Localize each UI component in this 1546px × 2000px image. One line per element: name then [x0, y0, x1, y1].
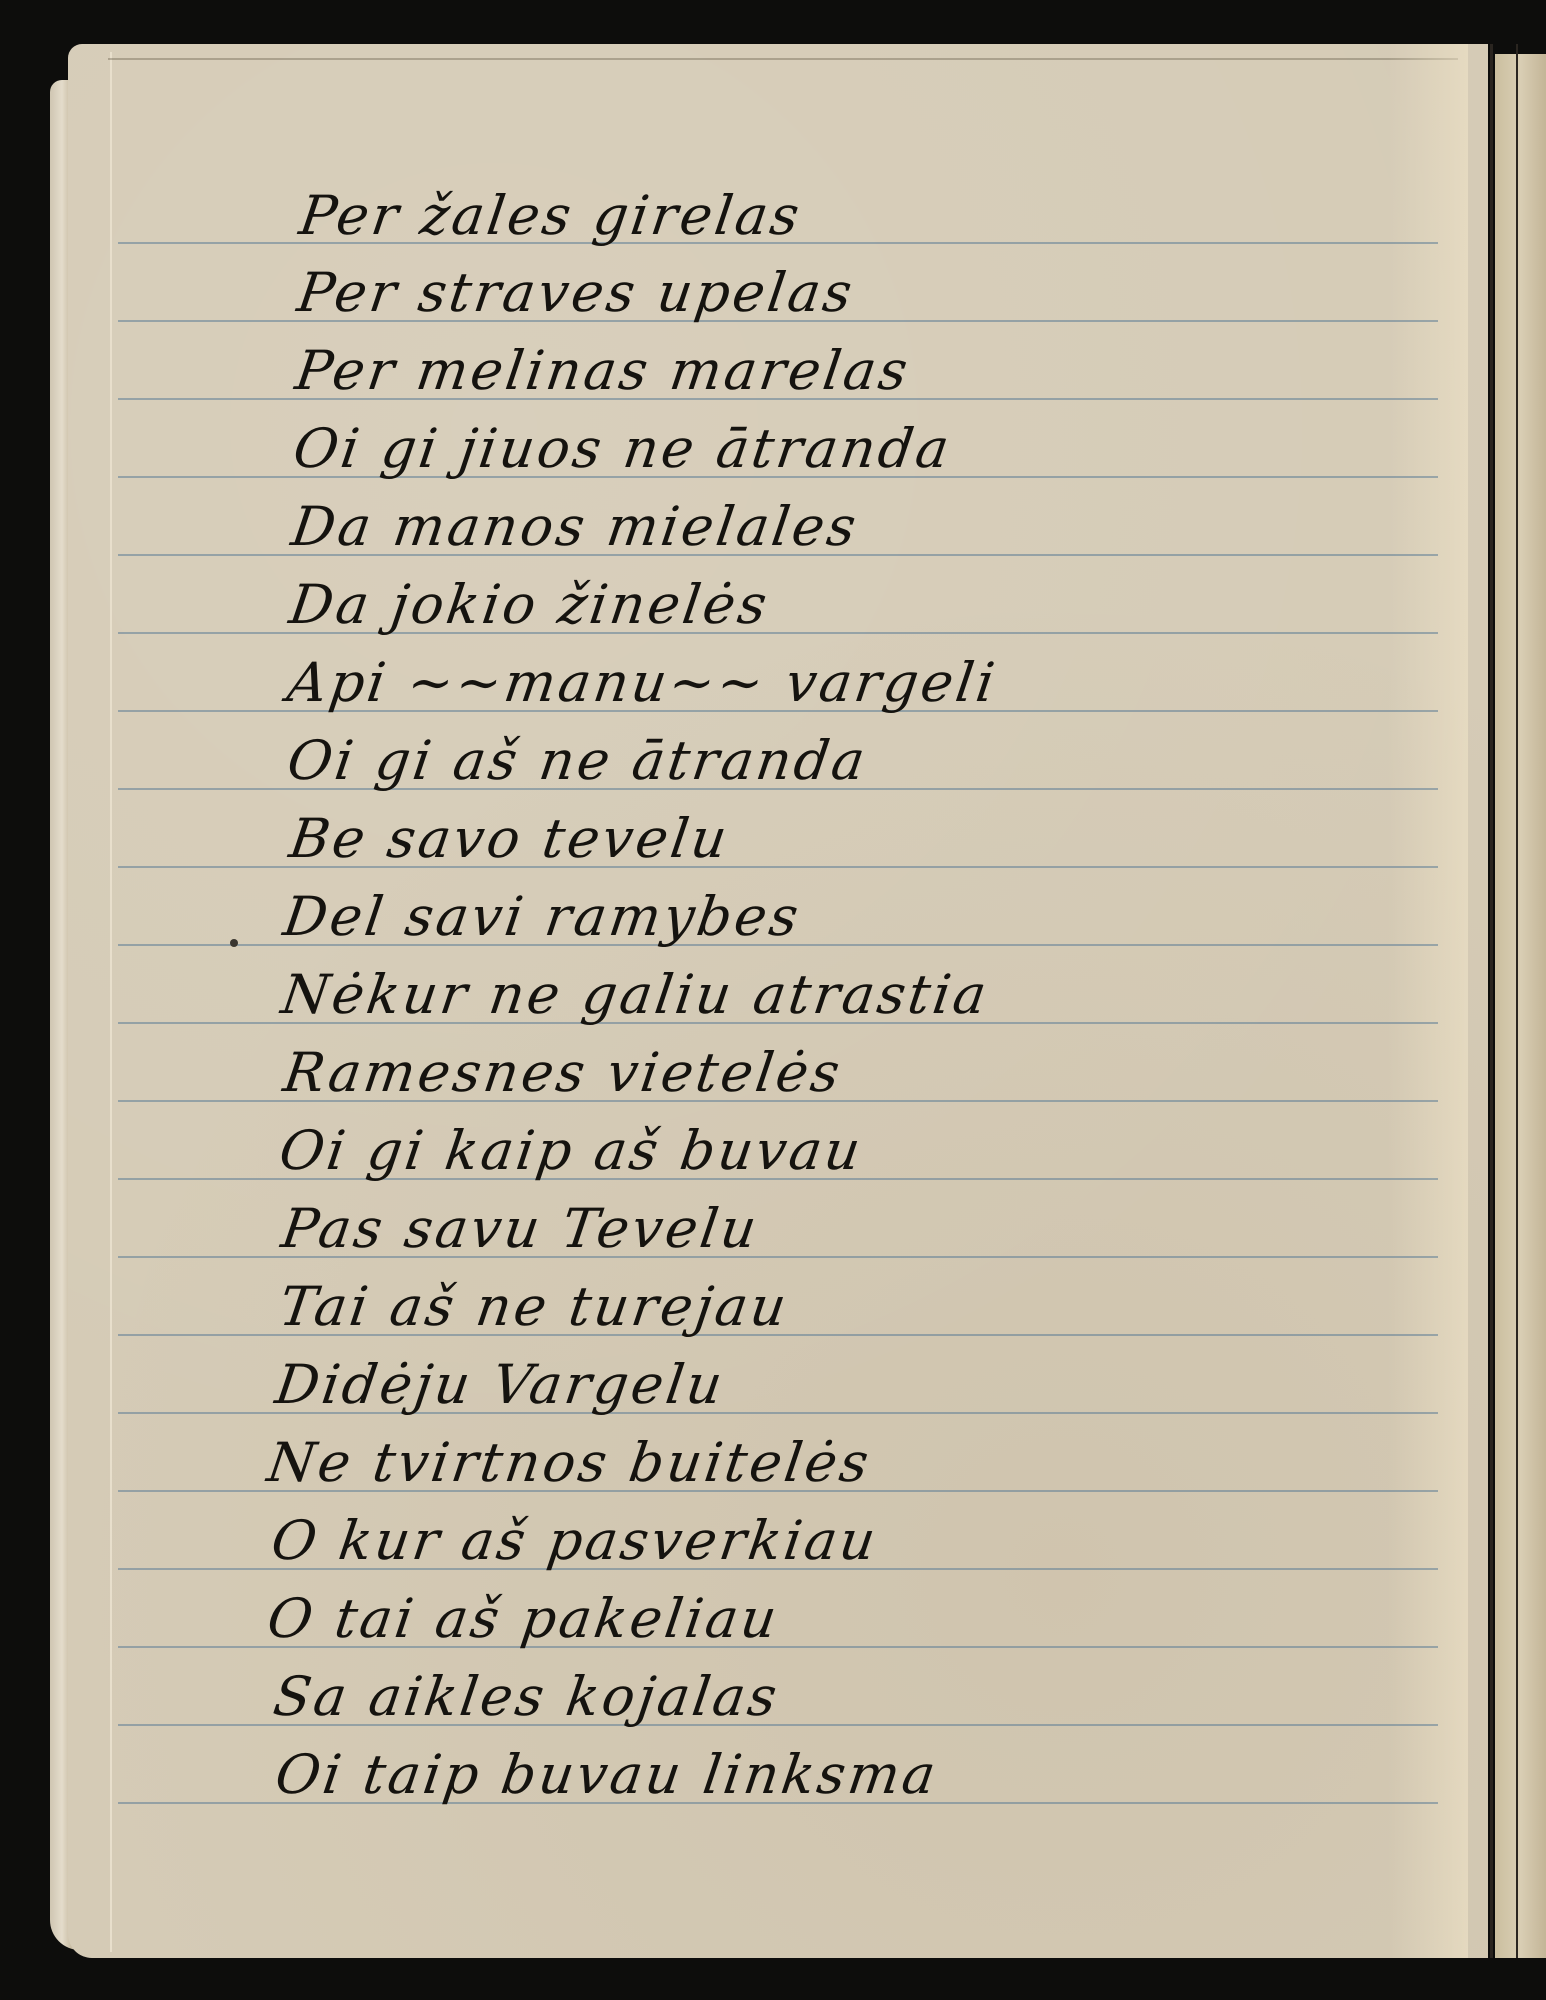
notebook: Per žales girelas Per straves upelas Per… [50, 44, 1520, 1958]
notebook-page: Per žales girelas Per straves upelas Per… [68, 44, 1488, 1958]
text-line-15: Tai aš ne turejau [276, 1280, 792, 1334]
text-line-10: Del savi ramybes [280, 890, 804, 944]
text-line-12: Ramesnes vietelės [280, 1046, 846, 1100]
text-line-9: Be savo tevelu [286, 812, 733, 866]
text-line-21: Oi taip buvau linksma [272, 1748, 941, 1802]
text-line-3: Per melinas marelas [292, 344, 913, 398]
text-line-7: Api ~~manu~~ vargeli [284, 656, 1000, 710]
text-line-2: Per straves upelas [294, 266, 858, 320]
spine-line [1490, 44, 1493, 1958]
text-line-18: O kur aš pasverkiau [268, 1514, 881, 1568]
text-line-14: Pas savu Tevelu [278, 1202, 762, 1256]
spine-line [1516, 44, 1518, 1958]
text-line-6: Da jokio žinelės [286, 578, 773, 632]
adjacent-page-edge [1495, 54, 1546, 1958]
text-line-11: Nėkur ne galiu atrastia [278, 968, 992, 1022]
text-line-20: Sa aikles kojalas [270, 1670, 783, 1724]
text-line-19: O tai aš pakeliau [264, 1592, 782, 1646]
text-line-16: Didėju Vargelu [272, 1358, 728, 1412]
handwritten-text: Per žales girelas Per straves upelas Per… [68, 44, 1488, 1958]
text-line-5: Da manos mielales [288, 500, 862, 554]
text-line-13: Oi gi kaip aš buvau [276, 1124, 866, 1178]
ink-dot [230, 939, 238, 947]
text-line-4: Oi gi jiuos ne ātranda [290, 422, 955, 476]
text-line-1: Per žales girelas [296, 189, 805, 243]
text-line-8: Oi gi aš ne ātranda [284, 734, 871, 788]
text-line-17: Ne tvirtnos buitelės [264, 1436, 874, 1490]
